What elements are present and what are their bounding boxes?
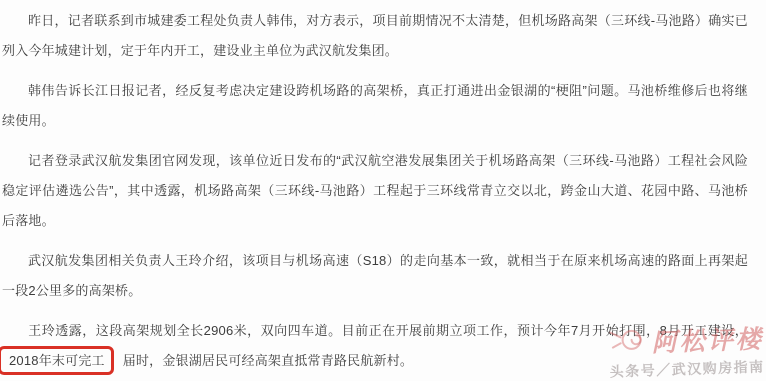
highlight-box: 2018年末可完工 — [0, 346, 114, 375]
paragraph-3: 记者登录武汉航发集团官网发现，该单位近日发布的“武汉航空港发展集团关于机场路高架… — [2, 146, 748, 236]
article-body: 昨日，记者联系到市城建委工程处负责人韩伟，对方表示，项目前期情况不太清楚，但机场… — [0, 0, 766, 376]
paragraph-5-suffix: 届时，金银湖居民可经高架直抵常青路民航新村。 — [123, 353, 413, 368]
paragraph-2: 韩伟告诉长江日报记者，经反复考虑决定建设跨机场路的高架桥，真正打通进出金银湖的“… — [2, 76, 748, 136]
paragraph-1: 昨日，记者联系到市城建委工程处负责人韩伟，对方表示，项目前期情况不太清楚，但机场… — [2, 6, 748, 66]
paragraph-5: 王玲透露，这段高架规划全长2906米，双向四车道。目前正在开展前期立项工作，预计… — [2, 316, 748, 376]
paragraph-5-prefix: 王玲透露，这段高架规划全长2906米，双向四车道。目前正在开展前期立项工作，预计… — [28, 323, 748, 338]
paragraph-4: 武汉航发集团相关负责人王玲介绍，该项目与机场高速（S18）的走向基本一致，就相当… — [2, 246, 748, 306]
